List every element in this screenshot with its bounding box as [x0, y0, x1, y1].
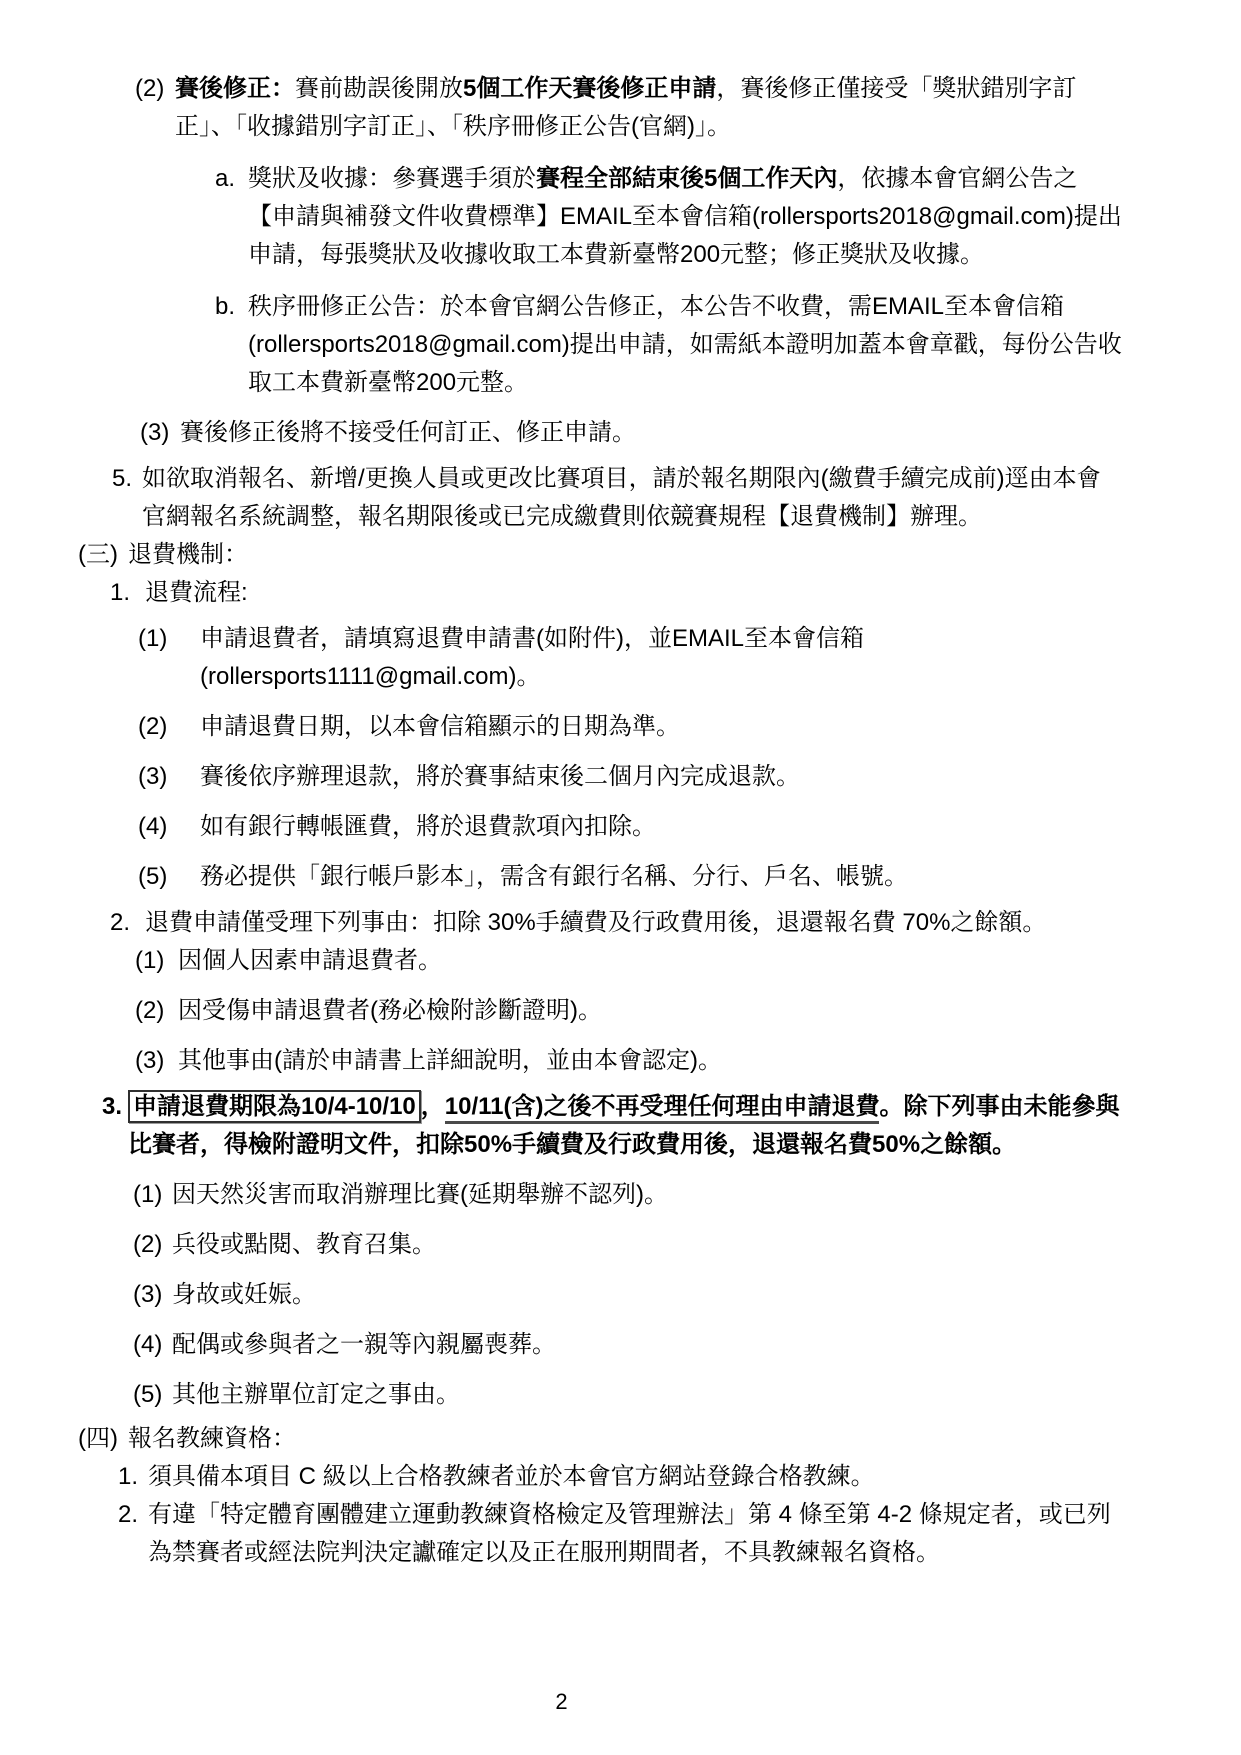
text-run: 申請退費日期，以本會信箱顯示的日期為準。 [200, 713, 680, 740]
text-run: 賽後修正： [175, 75, 295, 102]
item-certificate-receipt: a.獎狀及收據：參賽選手須於賽程全部結束後5個工作天內，依據本會官網公告之【申請… [0, 160, 1123, 274]
document-page: (2)賽後修正：賽前勘誤後開放5個工作天賽後修正申請，賽後修正僅接受「獎狀錯別字… [0, 0, 1241, 1755]
item-refund-deadline: 3.申請退費期限為10/4-10/10，10/11(含)之後不再受理任何理由申請… [0, 1088, 1123, 1164]
text-run: 因受傷申請退費者(務必檢附診斷證明)。 [178, 997, 602, 1024]
list-marker: a. [215, 160, 235, 198]
item-program-correction-notice: b.秩序冊修正公告：於本會官網公告修正，本公告不收費，需EMAIL至本會信箱(r… [0, 288, 1123, 402]
item-natural-disaster: (1)因天然災害而取消辦理比賽(延期舉辦不認列)。 [0, 1176, 1123, 1214]
text-run: 申請退費期限為10/4-10/10 [128, 1090, 421, 1123]
item-family-funeral: (4)配偶或參與者之一親等內親屬喪葬。 [0, 1326, 1123, 1364]
list-marker: 3. [102, 1088, 122, 1126]
item-refund-after-event: (3)賽後依序辦理退款，將於賽事結束後二個月內完成退款。 [0, 758, 1123, 796]
list-marker: (四) [78, 1420, 118, 1458]
list-marker: 5. [112, 460, 132, 498]
text-run: 賽後依序辦理退款，將於賽事結束後二個月內完成退款。 [200, 763, 800, 790]
item-coach-violation: 2.有違「特定體育團體建立運動教練資格檢定及管理辦法」第 4 條至第 4-2 條… [0, 1496, 1123, 1572]
item-organizer-reasons: (5)其他主辦單位訂定之事由。 [0, 1376, 1123, 1414]
page-number: 2 [0, 1688, 1123, 1716]
list-marker: (3) [140, 414, 169, 452]
list-marker: (5) [138, 858, 167, 896]
text-run: 身故或妊娠。 [172, 1281, 316, 1308]
item-personal-reason: (1)因個人因素申請退費者。 [0, 942, 1123, 980]
list-marker: (3) [138, 758, 167, 796]
item-refund-accepted-reasons: 2.退費申請僅受理下列事由：扣除 30%手續費及行政費用後，退還報名費 70%之… [0, 904, 1123, 942]
document-body: (2)賽後修正：賽前勘誤後開放5個工作天賽後修正申請，賽後修正僅接受「獎狀錯別字… [0, 70, 1123, 1572]
list-marker: 1. [118, 1458, 138, 1496]
text-run: 賽後修正後將不接受任何訂正、修正申請。 [180, 419, 636, 446]
item-refund-apply-email: (1)申請退費者，請填寫退費申請書(如附件)，並EMAIL至本會信箱 (roll… [0, 620, 1123, 696]
item-bank-transfer-fee: (4)如有銀行轉帳匯費，將於退費款項內扣除。 [0, 808, 1123, 846]
item-injury-reason: (2)因受傷申請退費者(務必檢附診斷證明)。 [0, 992, 1123, 1030]
item-bank-account-copy: (5)務必提供「銀行帳戶影本」，需含有銀行名稱、分行、戶名、帳號。 [0, 858, 1123, 896]
text-run: 其他事由(請於申請書上詳細說明，並由本會認定)。 [178, 1047, 722, 1074]
item-cancel-change-registration: 5.如欲取消報名、新增/更換人員或更改比賽項目，請於報名期限內(繳費手續完成前)… [0, 460, 1123, 536]
list-marker: b. [215, 288, 235, 326]
text-run: 賽前勘誤後開放 [295, 75, 463, 102]
text-run: 報名教練資格： [128, 1425, 296, 1452]
list-marker: (2) [135, 70, 164, 108]
text-run: 務必提供「銀行帳戶影本」，需含有銀行名稱、分行、戶名、帳號。 [200, 863, 908, 890]
text-run: 配偶或參與者之一親等內親屬喪葬。 [172, 1331, 556, 1358]
text-run: ， [421, 1093, 445, 1120]
list-marker: 2. [110, 904, 130, 942]
list-marker: (1) [138, 620, 167, 658]
list-marker: (4) [138, 808, 167, 846]
text-run: 獎狀及收據：參賽選手須於 [248, 165, 536, 192]
item-death-pregnancy: (3)身故或妊娠。 [0, 1276, 1123, 1314]
text-run: 如有銀行轉帳匯費，將於退費款項內扣除。 [200, 813, 656, 840]
text-run: 申請退費者，請填寫退費申請書(如附件)，並EMAIL至本會信箱 (rollers… [200, 625, 864, 690]
section-coach-qualification: (四)報名教練資格： [0, 1420, 1123, 1458]
text-run: 兵役或點閱、教育召集。 [172, 1231, 436, 1258]
item-no-further-correction: (3)賽後修正後將不接受任何訂正、修正申請。 [0, 414, 1123, 452]
text-run: 退費流程: [145, 579, 248, 606]
item-coach-level-c: 1.須具備本項目 C 級以上合格教練者並於本會官方網站登錄合格教練。 [0, 1458, 1123, 1496]
list-marker: (4) [133, 1326, 162, 1364]
list-marker: (2) [138, 708, 167, 746]
item-refund-process: 1.退費流程: [0, 574, 1123, 612]
text-run: 有違「特定體育團體建立運動教練資格檢定及管理辦法」第 4 條至第 4-2 條規定… [148, 1501, 1111, 1566]
text-run: 退費機制： [128, 541, 248, 568]
section-refund-mechanism: (三)退費機制： [0, 536, 1123, 574]
list-marker: 2. [118, 1496, 138, 1534]
list-marker: (1) [133, 1176, 162, 1214]
list-marker: (5) [133, 1376, 162, 1414]
item-military-service: (2)兵役或點閱、教育召集。 [0, 1226, 1123, 1264]
item-refund-date: (2)申請退費日期，以本會信箱顯示的日期為準。 [0, 708, 1123, 746]
text-run: 如欲取消報名、新增/更換人員或更改比賽項目，請於報名期限內(繳費手續完成前)逕由… [142, 465, 1101, 530]
list-marker: (1) [135, 942, 164, 980]
text-run: 退費申請僅受理下列事由：扣除 30%手續費及行政費用後，退還報名費 70%之餘額… [145, 909, 1046, 936]
list-marker: (2) [133, 1226, 162, 1264]
text-run: 賽程全部結束後5個工作天內 [536, 165, 837, 192]
list-marker: (2) [135, 992, 164, 1030]
item-other-reason: (3)其他事由(請於申請書上詳細說明，並由本會認定)。 [0, 1042, 1123, 1080]
text-run: 秩序冊修正公告：於本會官網公告修正，本公告不收費，需EMAIL至本會信箱(rol… [248, 293, 1122, 396]
text-run: 須具備本項目 C 級以上合格教練者並於本會官方網站登錄合格教練。 [148, 1463, 875, 1490]
text-run: 5個工作天賽後修正申請 [463, 75, 716, 102]
text-run: 其他主辦單位訂定之事由。 [172, 1381, 460, 1408]
text-run: 10/11(含)之後不再受理任何理由申請退費 [445, 1093, 880, 1124]
text-run: 因個人因素申請退費者。 [178, 947, 442, 974]
list-marker: 1. [110, 574, 130, 612]
list-marker: (三) [78, 536, 118, 574]
list-marker: (3) [133, 1276, 162, 1314]
text-run: 因天然災害而取消辦理比賽(延期舉辦不認列)。 [172, 1181, 668, 1208]
item-post-race-correction: (2)賽後修正：賽前勘誤後開放5個工作天賽後修正申請，賽後修正僅接受「獎狀錯別字… [0, 70, 1123, 146]
list-marker: (3) [135, 1042, 164, 1080]
